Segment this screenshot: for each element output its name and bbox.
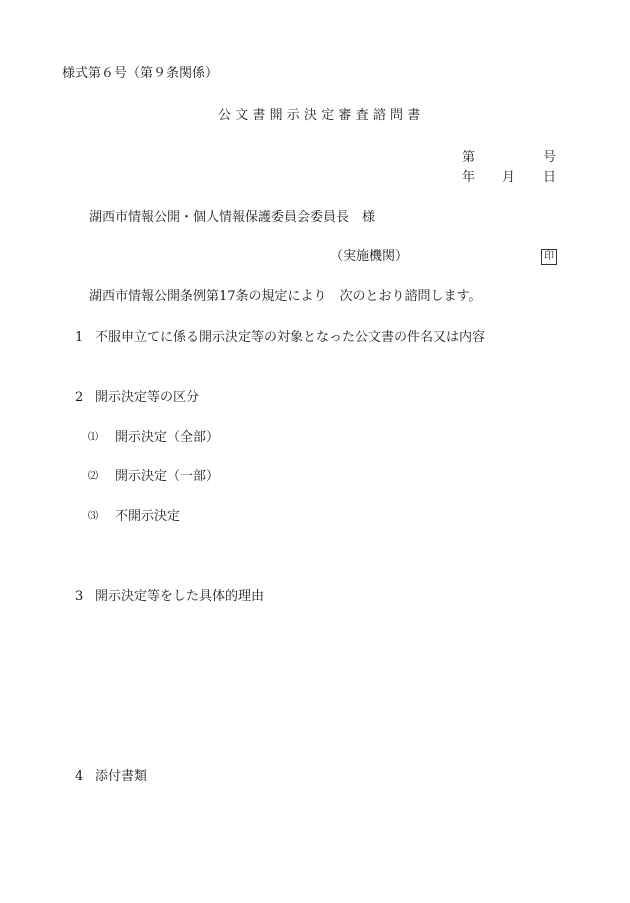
section-heading: 不服申立てに係る開示決定等の対象となった公文書の件名又は内容	[95, 330, 485, 346]
section-number: 1	[75, 330, 83, 346]
date-year: 年	[462, 170, 475, 186]
number-suffix: 号	[543, 150, 556, 166]
section-heading: 開示決定等の区分	[95, 390, 199, 406]
subsection-number: ⑶	[88, 509, 98, 525]
date-month: 月	[502, 170, 515, 186]
form-number: 様式第６号（第９条関係）	[62, 66, 218, 82]
intro-text: 湖西市情報公開条例第17条の規定により 次のとおり諮問します。	[89, 289, 482, 305]
date-day: 日	[543, 170, 556, 186]
number-prefix: 第	[462, 150, 475, 166]
seal-icon: 印	[541, 249, 557, 265]
section-heading: 開示決定等をした具体的理由	[95, 589, 264, 605]
subsection-text: 不開示決定	[115, 509, 180, 525]
section-number: 2	[75, 390, 83, 406]
subsection-number: ⑵	[88, 469, 98, 485]
section-number: 4	[75, 769, 83, 785]
document-title: 公文書開示決定審査諮問書	[218, 108, 424, 124]
addressee: 湖西市情報公開・個人情報保護委員会委員長 様	[89, 210, 375, 226]
agency-label: （実施機関）	[330, 249, 408, 265]
section-heading: 添付書類	[95, 769, 147, 785]
subsection-number: ⑴	[88, 430, 98, 446]
subsection-text: 開示決定（一部）	[115, 469, 219, 485]
subsection-text: 開示決定（全部）	[115, 430, 219, 446]
section-number: 3	[75, 589, 83, 605]
